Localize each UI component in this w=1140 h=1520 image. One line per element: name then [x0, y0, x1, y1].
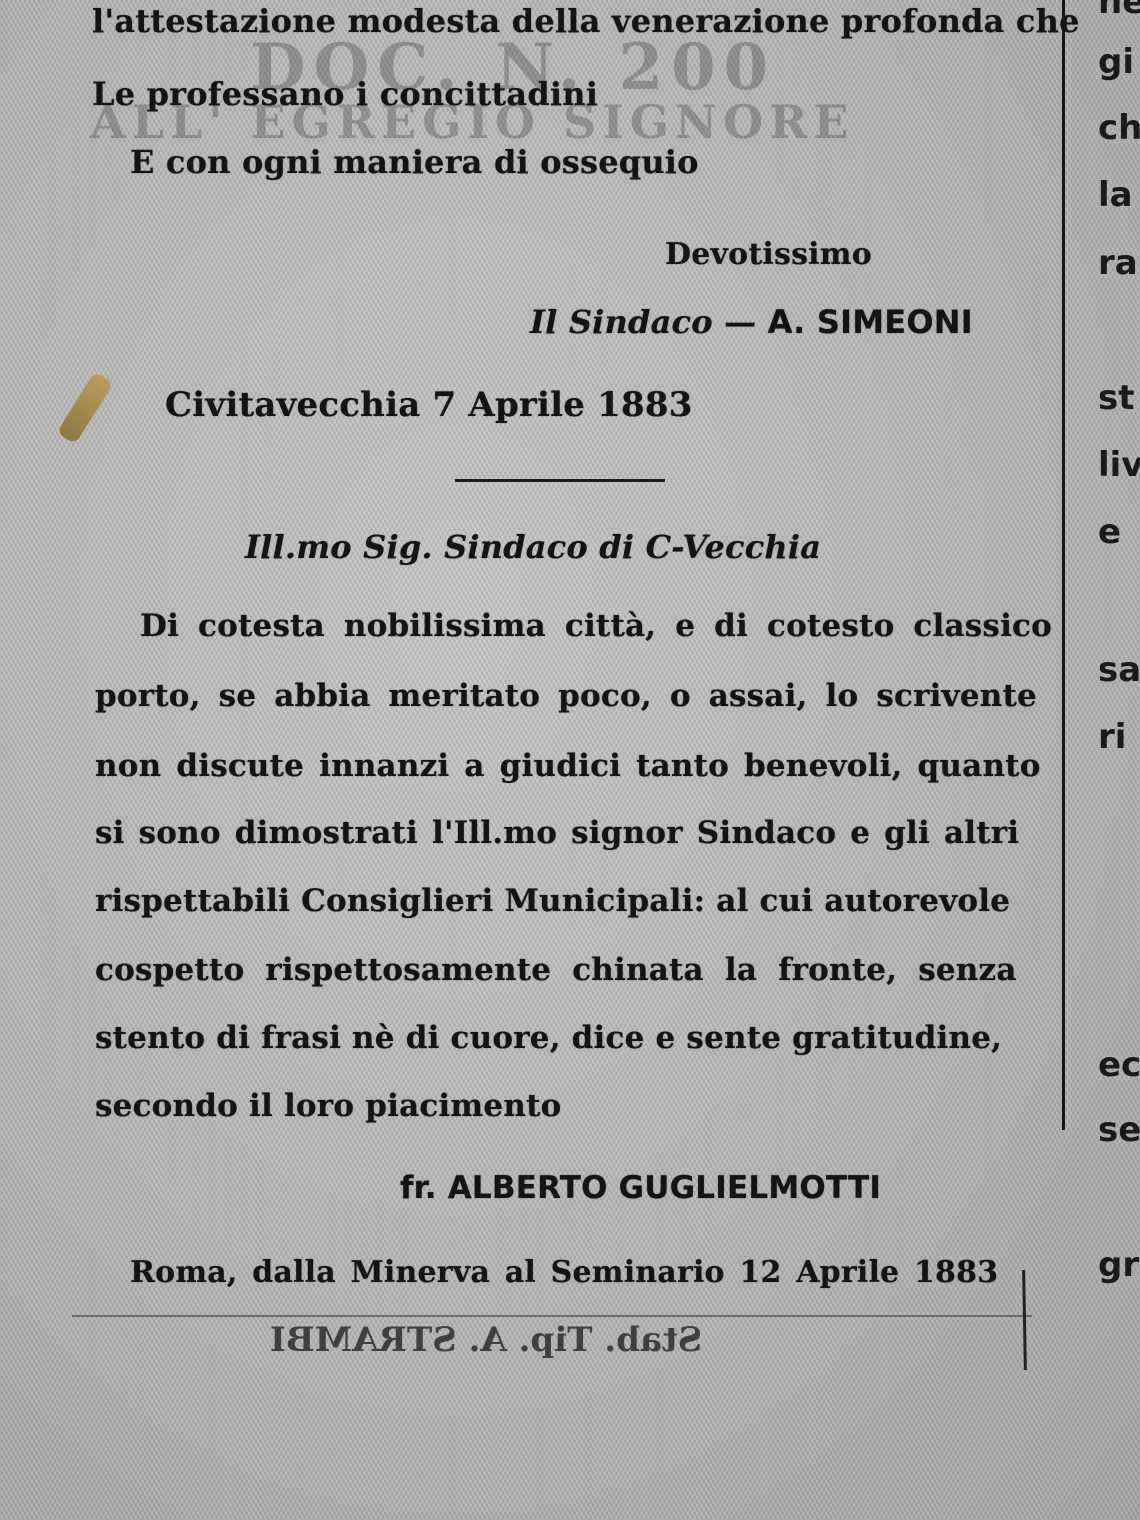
- bottom-right-rule: [1022, 1270, 1027, 1370]
- right-column-fragment: ch: [1098, 108, 1140, 148]
- bottom-rule: [72, 1315, 1032, 1317]
- body-line-1: Di cotesta nobilissima città, e di cotes…: [140, 608, 1052, 644]
- body-line-2: porto, se abbia meritato poco, o assai, …: [95, 678, 1037, 714]
- document-page: DOC. N. 200 ALL' EGREGIO SIGNORE l'attes…: [0, 0, 1140, 1520]
- right-column-fragment: sa: [1098, 650, 1140, 690]
- show-through-printer: Stab. Tip. A. STRAMBI: [270, 1320, 702, 1360]
- body-line-6: cospetto rispettosamente chinata la fron…: [95, 952, 1017, 988]
- body-line-7: stento di frasi nè di cuore, dice e sent…: [95, 1020, 1002, 1056]
- right-column-fragment: gr: [1098, 1245, 1139, 1285]
- body-line-8: secondo il loro piacimento: [95, 1088, 561, 1124]
- place-date-civitavecchia: Civitavecchia 7 Aprile 1883: [165, 385, 693, 425]
- right-column-fragment: liv: [1098, 445, 1140, 485]
- body-line-5: rispettabili Consiglieri Municipali: al …: [95, 883, 1010, 919]
- salutation: Ill.mo Sig. Sindaco di C-Vecchia: [245, 528, 821, 566]
- signature-name: A. SIMEONI: [768, 303, 973, 341]
- place-date-roma: Roma, dalla Minerva al Seminario 12 Apri…: [130, 1255, 998, 1290]
- signature-title: Il Sindaco: [530, 303, 713, 341]
- signature-dash: —: [724, 303, 756, 341]
- opening-line-2: Le professano i concittadini: [92, 75, 598, 113]
- body-line-3: non discute innanzi a giudici tanto bene…: [95, 748, 1041, 784]
- valediction: Devotissimo: [665, 237, 872, 272]
- opening-line-1: l'attestazione modesta della venerazione…: [92, 2, 1080, 40]
- right-column-fragment: ra: [1098, 243, 1138, 283]
- right-column-fragment: e: [1098, 512, 1121, 552]
- right-column-fragment: la: [1098, 175, 1133, 215]
- right-column-fragment: st: [1098, 378, 1135, 418]
- closing-line: E con ogni maniera di ossequio: [130, 143, 699, 181]
- right-column-fragment: ne: [1098, 0, 1140, 22]
- stain-mark: [57, 372, 114, 445]
- signature-guglielmotti: fr. ALBERTO GUGLIELMOTTI: [400, 1170, 881, 1206]
- column-rule: [1062, 0, 1065, 1130]
- signature-simeoni: Il Sindaco — A. SIMEONI: [530, 303, 973, 341]
- right-column-fragment: ri: [1098, 717, 1126, 757]
- right-column-fragment: ec: [1098, 1045, 1140, 1085]
- separator-rule: [455, 479, 665, 482]
- right-column-fragment: se: [1098, 1110, 1140, 1150]
- right-column-fragment: gi: [1098, 42, 1134, 82]
- body-line-4: si sono dimostrati l'Ill.mo signor Sinda…: [95, 815, 1019, 851]
